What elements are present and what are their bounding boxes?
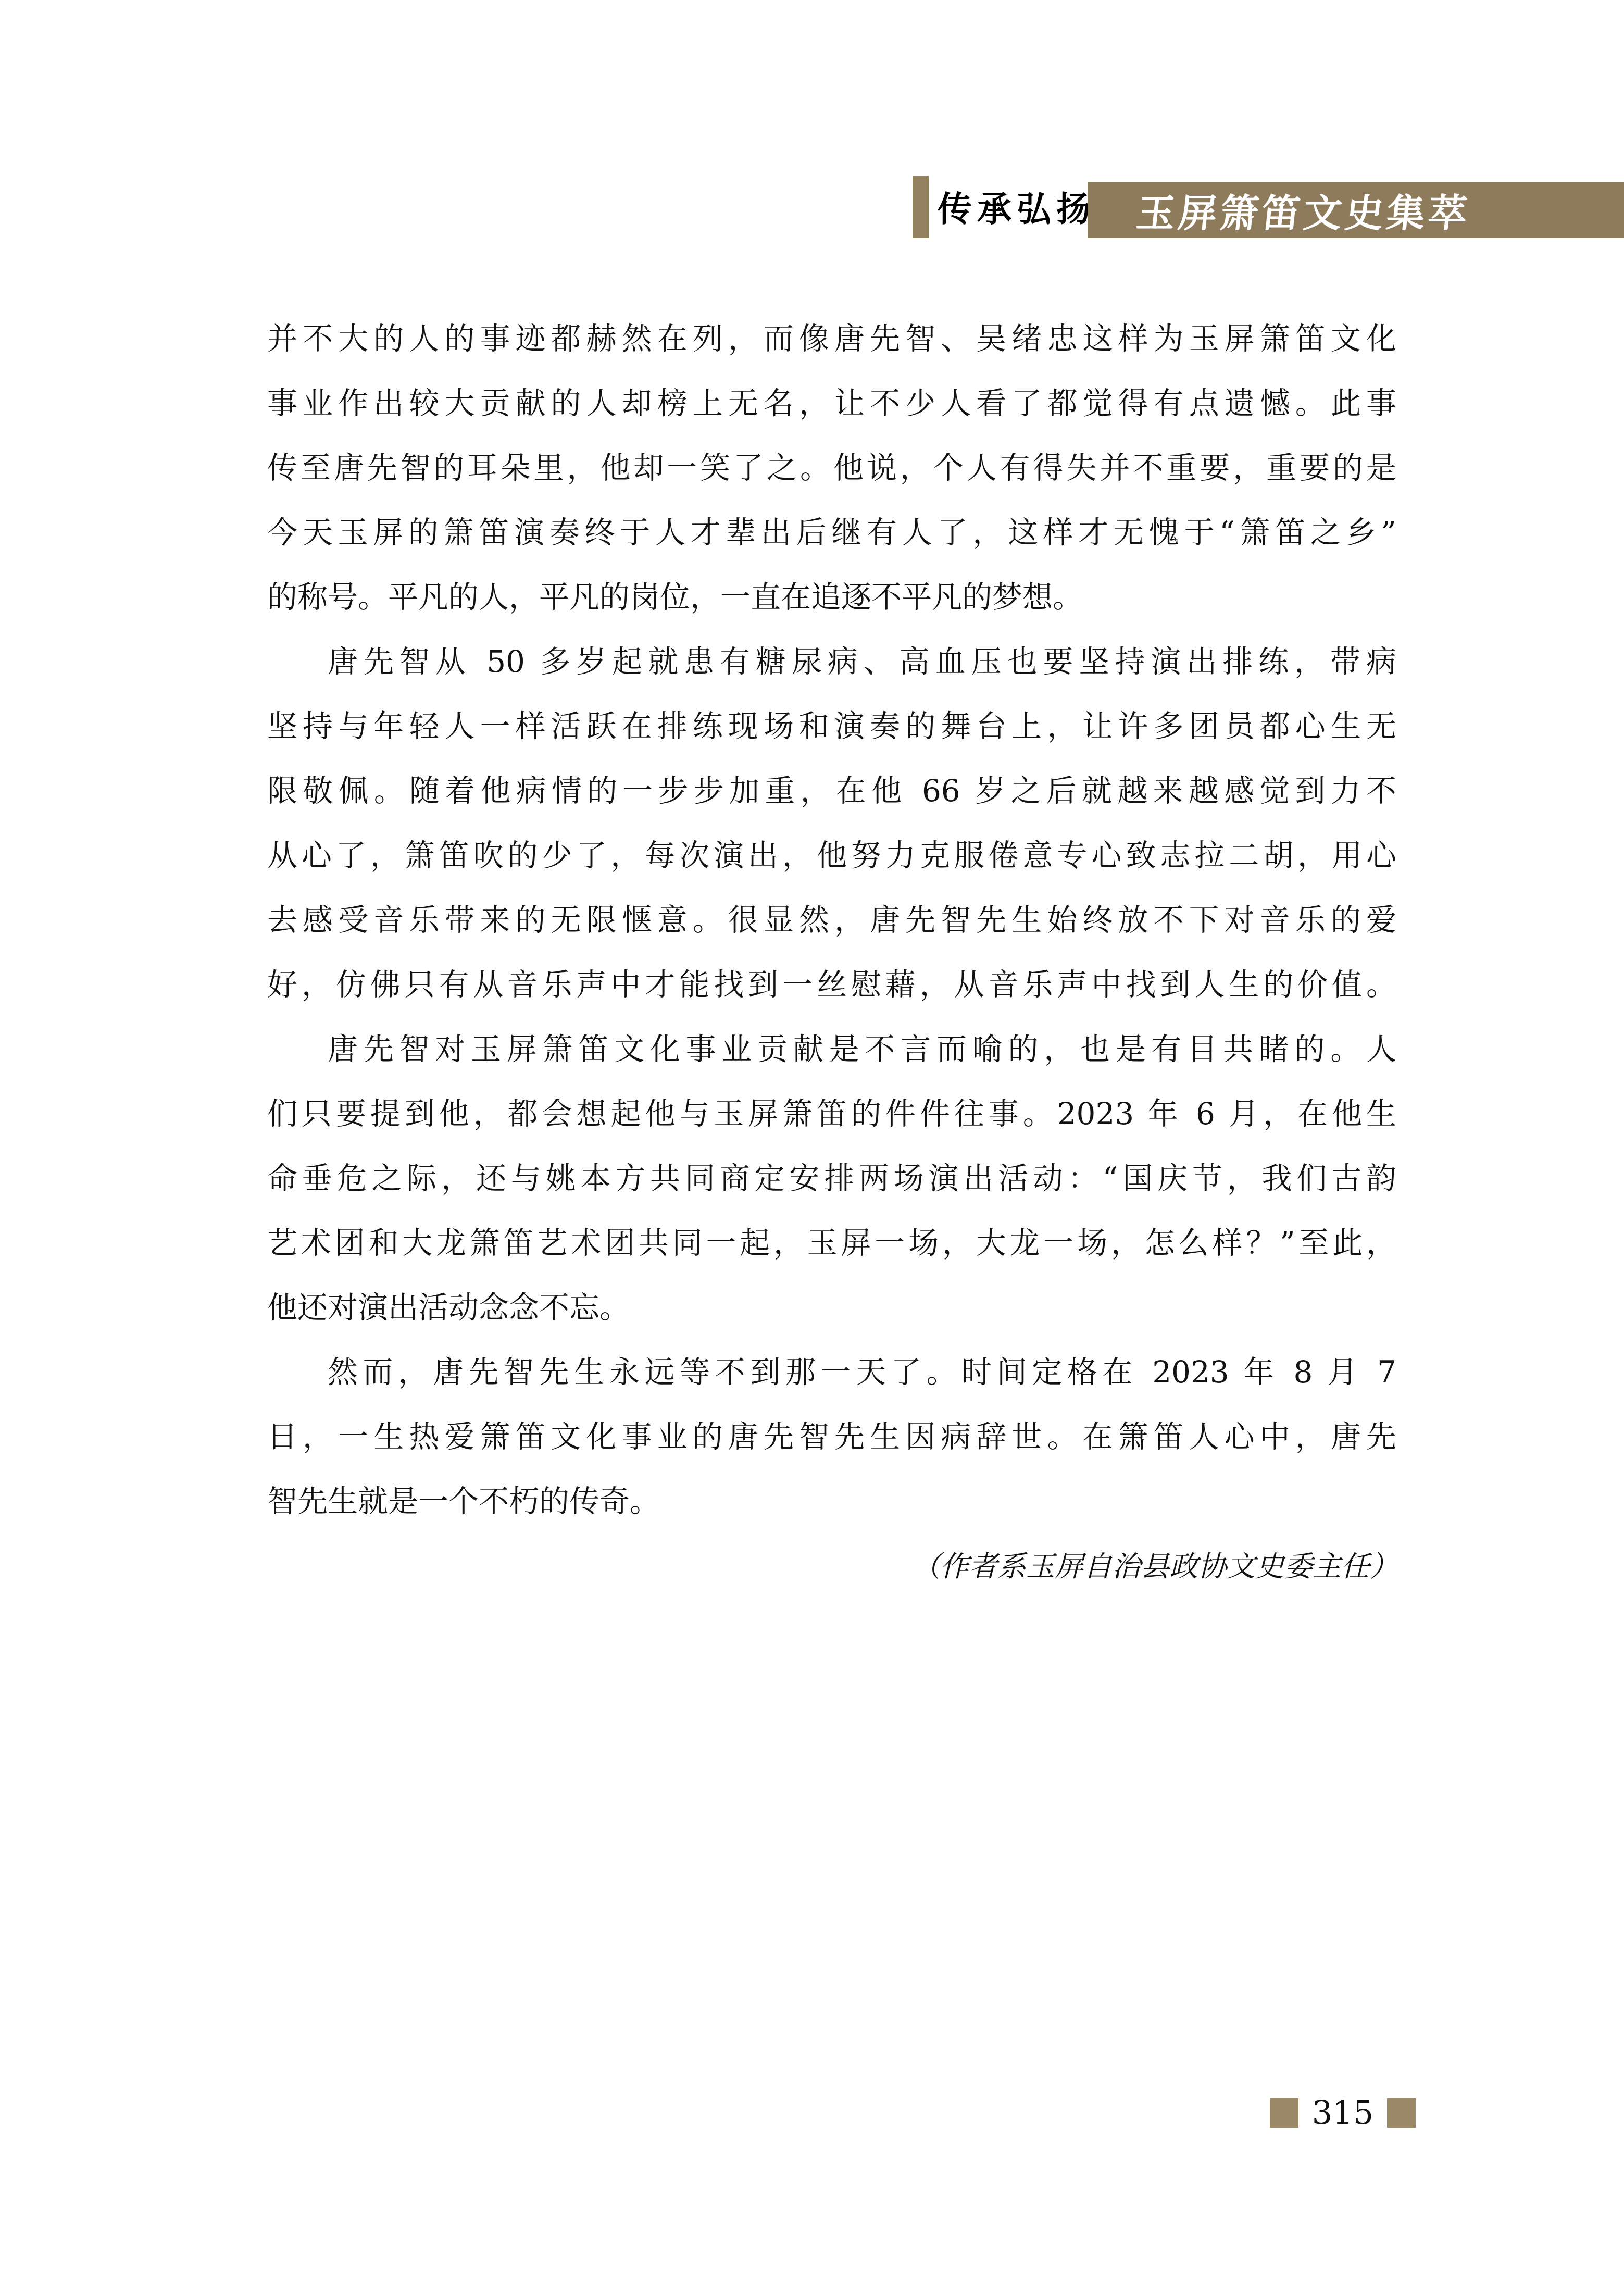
- page-footer: 315: [1270, 2096, 1416, 2130]
- text-line: 智先生就是一个不朽的传奇。: [267, 1469, 1396, 1534]
- text-line: 限敬佩。随着他病情的一步步加重，在他 66 岁之后就越来越感觉到力不: [267, 758, 1396, 823]
- text-line: 事业作出较大贡献的人却榜上无名，让不少人看了都觉得有点遗憾。此事: [267, 371, 1396, 435]
- text-line: 他还对演出活动念念不忘。: [267, 1275, 1396, 1340]
- text-line: 好，仿佛只有从音乐声中才能找到一丝慰藉，从音乐声中找到人生的价值。: [267, 952, 1396, 1017]
- header-banner: 玉屏箫笛文史集萃: [1088, 182, 1624, 238]
- text-line: 唐先智从 50 多岁起就患有糖尿病、高血压也要坚持演出排练，带病: [267, 629, 1396, 694]
- page-number: 315: [1312, 2096, 1373, 2130]
- folio-right-square: [1387, 2098, 1416, 2128]
- book-title-calligraphy: 玉屏箫笛文史集萃: [1084, 183, 1473, 238]
- text-line: 今天玉屏的箫笛演奏终于人才辈出后继有人了，这样才无愧于“箫笛之乡”: [267, 500, 1396, 565]
- text-line: 的称号。平凡的人，平凡的岗位，一直在追逐不平凡的梦想。: [267, 565, 1396, 629]
- text-line: 传至唐先智的耳朵里，他却一笑了之。他说，个人有得失并不重要，重要的是: [267, 435, 1396, 500]
- author-attribution: （作者系玉屏自治县政协文史委主任）: [267, 1534, 1398, 1599]
- text-line: 然而，唐先智先生永远等不到那一天了。时间定格在 2023 年 8 月 7: [267, 1340, 1396, 1404]
- text-line: 日，一生热爱箫笛文化事业的唐先智先生因病辞世。在箫笛人心中，唐先: [267, 1404, 1396, 1469]
- text-line: 并不大的人的事迹都赫然在列，而像唐先智、吴绪忠这样为玉屏箫笛文化: [267, 306, 1396, 371]
- text-line: 坚持与年轻人一样活跃在排练现场和演奏的舞台上，让许多团员都心生无: [267, 694, 1396, 758]
- text-line: 唐先智对玉屏箫笛文化事业贡献是不言而喻的，也是有目共睹的。人: [267, 1017, 1396, 1081]
- text-line: 命垂危之际，还与姚本方共同商定安排两场演出活动：“国庆节，我们古韵: [267, 1146, 1396, 1211]
- section-label: 传承弘扬: [938, 180, 1096, 238]
- text-line: 从心了，箫笛吹的少了，每次演出，他努力克服倦意专心致志拉二胡，用心: [267, 823, 1396, 888]
- book-page: { "header": { "section_label": "传承弘扬", "…: [0, 0, 1624, 2269]
- text-line: 去感受音乐带来的无限惬意。很显然，唐先智先生始终放不下对音乐的爱: [267, 888, 1396, 952]
- text-line: 们只要提到他，都会想起他与玉屏箫笛的件件往事。2023 年 6 月，在他生: [267, 1081, 1396, 1146]
- article-body: 并不大的人的事迹都赫然在列，而像唐先智、吴绪忠这样为玉屏箫笛文化事业作出较大贡献…: [267, 306, 1396, 1534]
- header-accent-bar: [913, 176, 929, 238]
- folio-left-square: [1270, 2098, 1298, 2128]
- text-line: 艺术团和大龙箫笛艺术团共同一起，玉屏一场，大龙一场，怎么样？”至此，: [267, 1211, 1396, 1275]
